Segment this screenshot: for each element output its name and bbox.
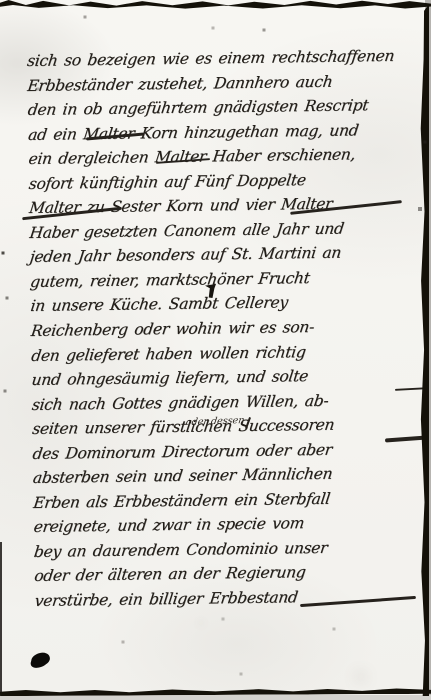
manuscript-text: sich so bezeigen wie es einem rechtschaf…: [27, 43, 431, 613]
scanned-manuscript-page: sich so bezeigen wie es einem rechtschaf…: [0, 0, 431, 700]
interlinear-insertion: oder dessen: [185, 415, 245, 428]
scan-noise-speckles: [0, 0, 2, 2]
scan-edge-left: [0, 542, 2, 692]
